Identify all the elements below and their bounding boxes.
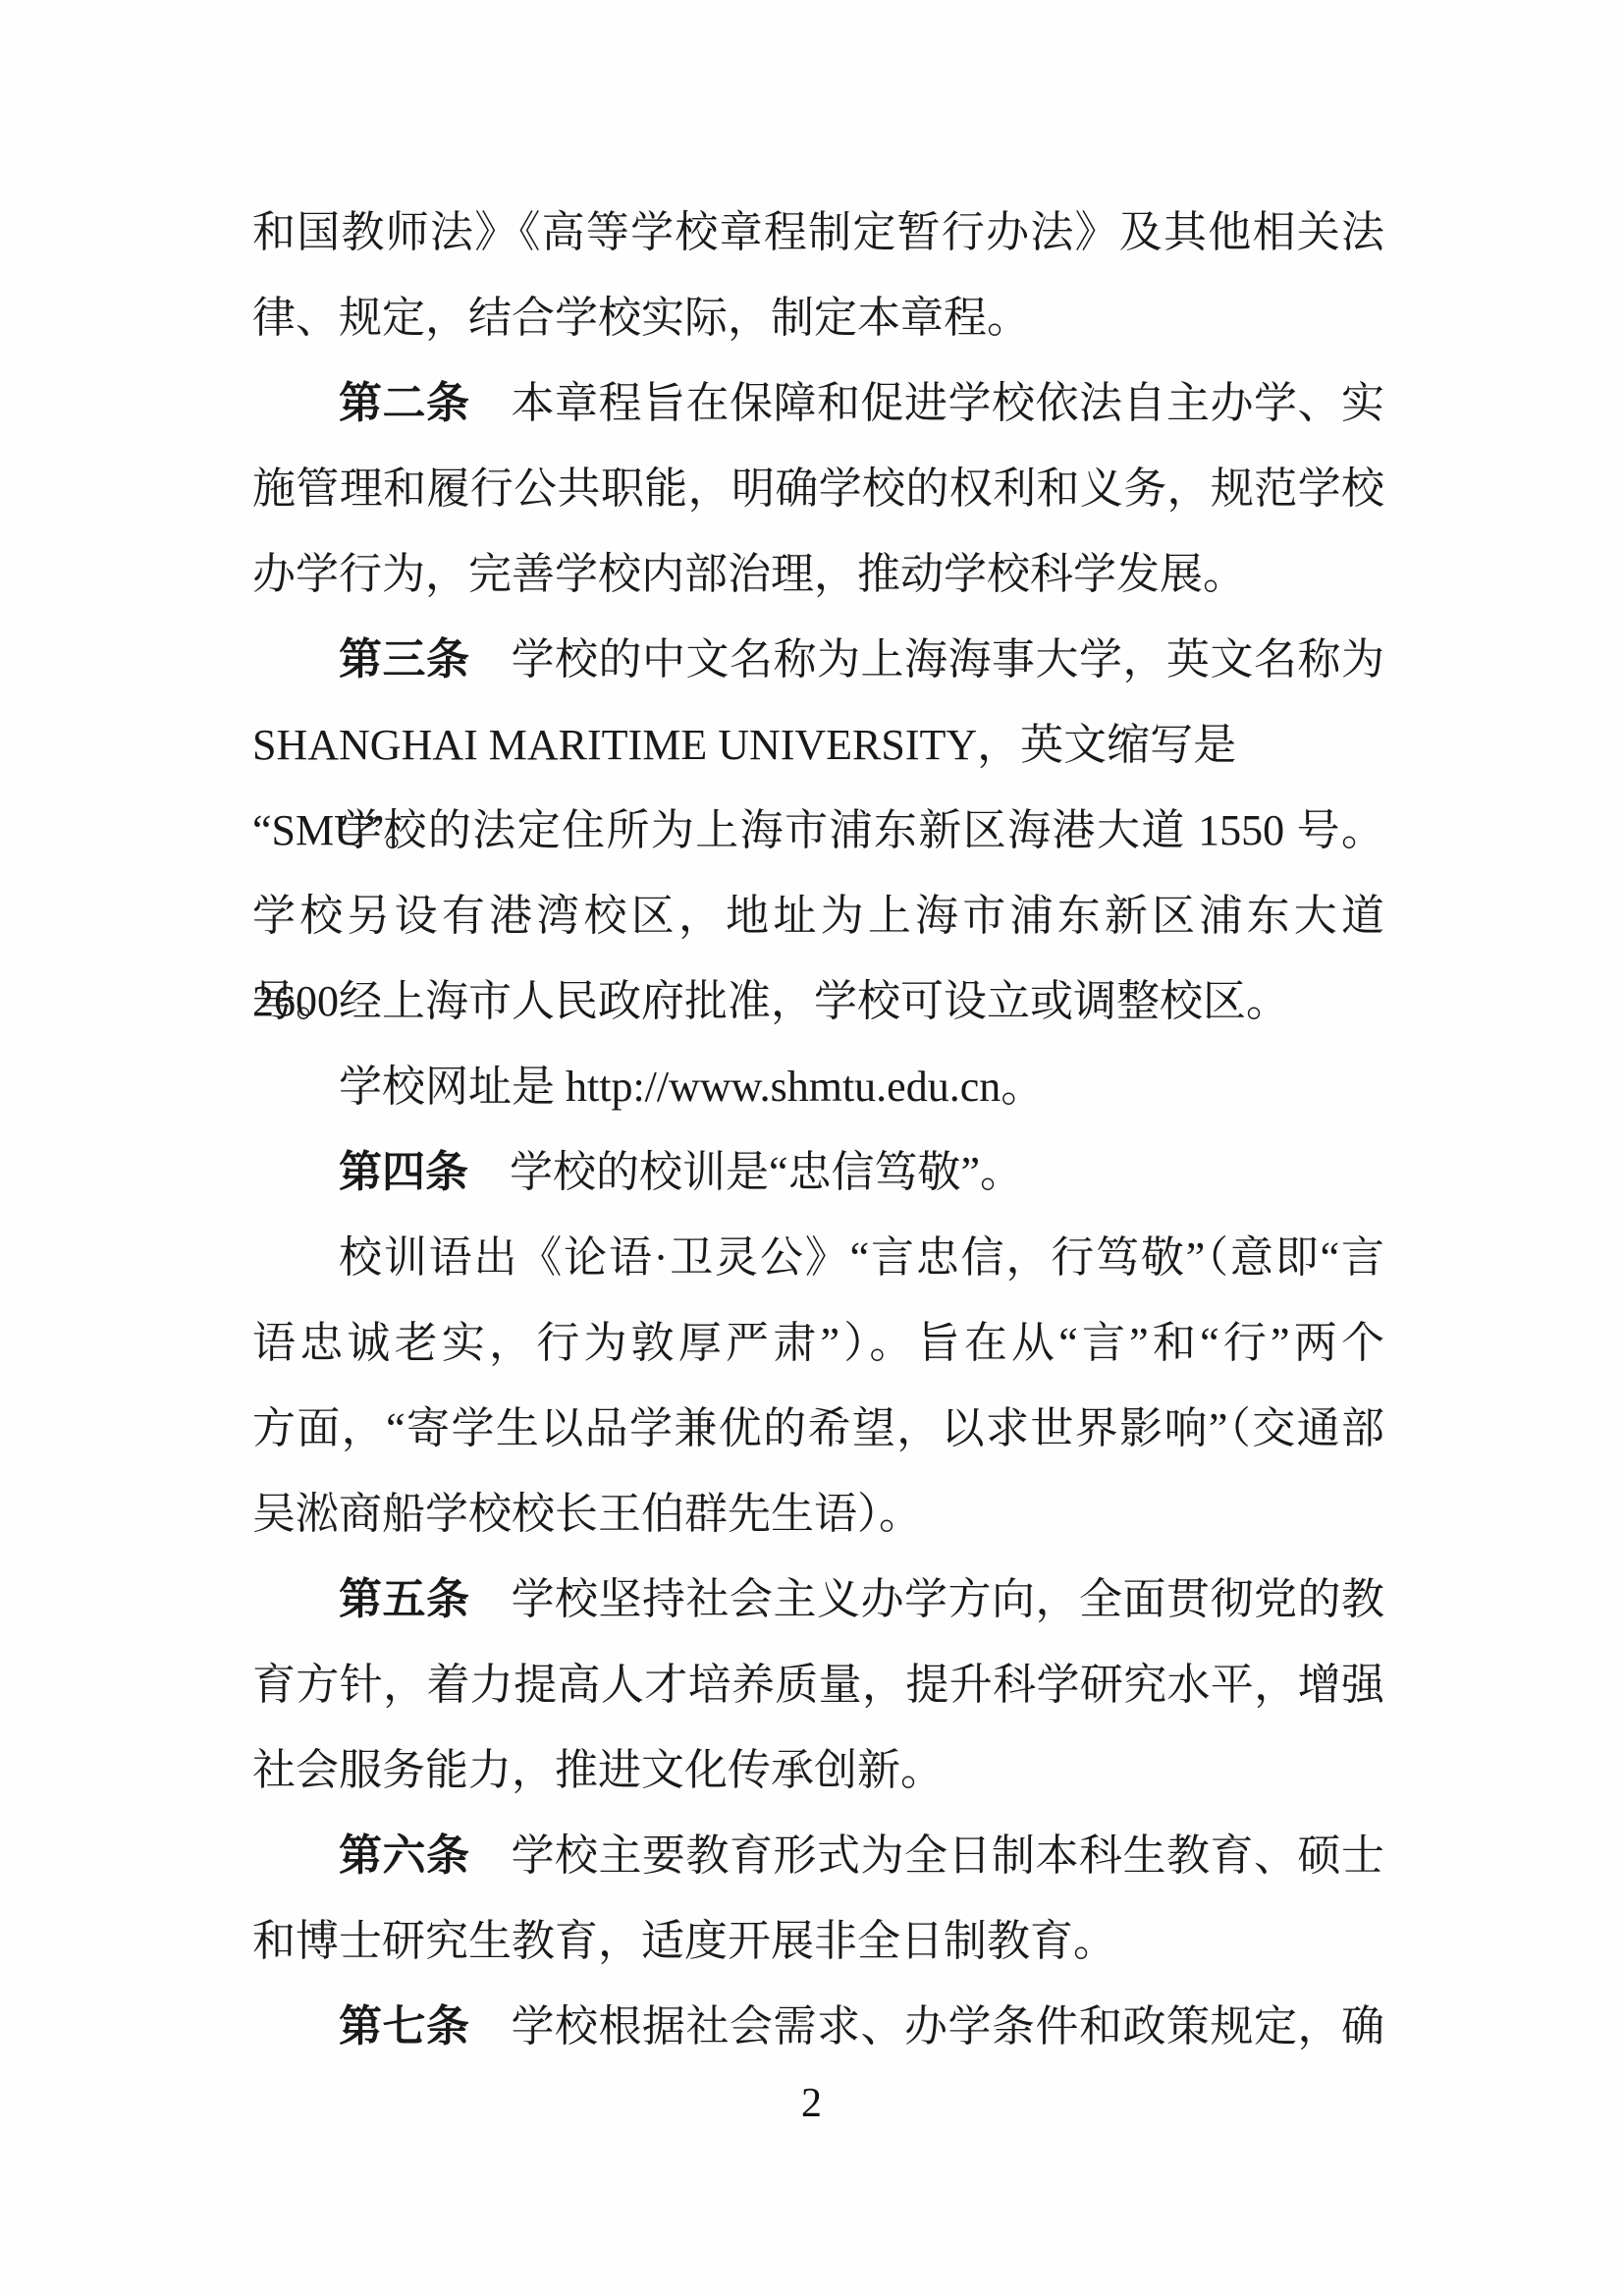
line-text: 施管理和履行公共职能，明确学校的权利和义务，规范学校 [252, 465, 1384, 513]
text-line: 社会服务能力，推进文化传承创新。 [252, 1727, 1384, 1813]
article-number-label: 第七条 [339, 2002, 470, 2050]
line-text: 吴淞商船学校校长王伯群先生语）。 [252, 1490, 922, 1538]
text-line-article-4: 第四条学校的校训是“忠信笃敬”。 [252, 1129, 1384, 1215]
text-line-article-2: 第二条本章程旨在保障和促进学校依法自主办学、实 [252, 360, 1384, 446]
text-line-website: 学校网址是 http://www.shmtu.edu.cn。 [252, 1044, 1384, 1129]
line-text: 办学行为，完善学校内部治理，推动学校科学发展。 [252, 550, 1246, 598]
text-line: 语忠诚老实，行为敦厚严肃”）。旨在从“言”和“行”两个 [252, 1300, 1384, 1386]
text-line: 和博士研究生教育，适度开展非全日制教育。 [252, 1898, 1384, 1984]
line-text: 学校的法定住所为上海市浦东新区海港大道 1550 号。 [339, 806, 1384, 854]
line-text: 学校根据社会需求、办学条件和政策规定，确 [512, 2002, 1385, 2050]
text-line: 育方针，着力提高人才培养质量，提升科学研究水平，增强 [252, 1642, 1384, 1727]
line-text: 学校坚持社会主义办学方向，全面贯彻党的教 [512, 1575, 1385, 1623]
text-line: 和国教师法》《高等学校章程制定暂行办法》及其他相关法 [252, 190, 1384, 275]
line-text: 学校网址是 http://www.shmtu.edu.cn。 [339, 1063, 1044, 1111]
text-line-article-7: 第七条学校根据社会需求、办学条件和政策规定，确 [252, 1984, 1384, 2069]
article-number-label: 第三条 [339, 635, 470, 683]
text-line: 学校的法定住所为上海市浦东新区海港大道 1550 号。 [252, 788, 1384, 873]
line-text: 学校的校训是“忠信笃敬”。 [510, 1148, 1023, 1196]
text-line-english-name: SHANGHAI MARITIME UNIVERSITY，英文缩写是“SMU”。 [252, 702, 1384, 788]
article-number-label: 第五条 [339, 1575, 470, 1623]
article-number-label: 第二条 [339, 379, 470, 427]
text-line: 方面，“寄学生以品学兼优的希望，以求世界影响”（交通部 [252, 1386, 1384, 1471]
line-text: 语忠诚老实，行为敦厚严肃”）。旨在从“言”和“行”两个 [252, 1319, 1384, 1367]
article-number-label: 第四条 [339, 1148, 468, 1196]
line-text: 号。经上海市人民政府批准，学校可设立或调整校区。 [252, 977, 1289, 1025]
text-line: 吴淞商船学校校长王伯群先生语）。 [252, 1471, 1384, 1557]
page-number: 2 [0, 2078, 1623, 2129]
line-text: 方面，“寄学生以品学兼优的希望，以求世界影响”（交通部 [252, 1404, 1384, 1452]
line-text: 学校的中文名称为上海海事大学，英文名称为 [512, 635, 1385, 683]
text-line: 学校另设有港湾校区，地址为上海市浦东新区浦东大道 2600 [252, 873, 1384, 958]
line-text: 本章程旨在保障和促进学校依法自主办学、实 [512, 379, 1385, 427]
line-text: 和国教师法》《高等学校章程制定暂行办法》及其他相关法 [252, 208, 1384, 256]
line-text: 育方针，着力提高人才培养质量，提升科学研究水平，增强 [252, 1661, 1384, 1709]
text-line-article-3: 第三条学校的中文名称为上海海事大学，英文名称为 [252, 617, 1384, 702]
line-text: 和博士研究生教育，适度开展非全日制教育。 [252, 1917, 1116, 1965]
text-line: 施管理和履行公共职能，明确学校的权利和义务，规范学校 [252, 446, 1384, 531]
text-line-article-6: 第六条学校主要教育形式为全日制本科生教育、硕士 [252, 1813, 1384, 1898]
line-text: 学校主要教育形式为全日制本科生教育、硕士 [512, 1831, 1385, 1880]
text-line: 校训语出《论语·卫灵公》“言忠信，行笃敬”（意即“言 [252, 1215, 1384, 1300]
text-line: 号。经上海市人民政府批准，学校可设立或调整校区。 [252, 958, 1384, 1044]
document-body: 和国教师法》《高等学校章程制定暂行办法》及其他相关法 律、规定，结合学校实际，制… [252, 190, 1384, 2069]
article-number-label: 第六条 [339, 1831, 470, 1880]
line-text: 校训语出《论语·卫灵公》“言忠信，行笃敬”（意即“言 [339, 1233, 1384, 1282]
line-text: 社会服务能力，推进文化传承创新。 [252, 1746, 944, 1794]
scanned-document-page: 和国教师法》《高等学校章程制定暂行办法》及其他相关法 律、规定，结合学校实际，制… [0, 0, 1623, 2296]
text-line: 办学行为，完善学校内部治理，推动学校科学发展。 [252, 531, 1384, 617]
text-line-article-5: 第五条学校坚持社会主义办学方向，全面贯彻党的教 [252, 1557, 1384, 1642]
line-text: 律、规定，结合学校实际，制定本章程。 [252, 294, 1030, 342]
text-line: 律、规定，结合学校实际，制定本章程。 [252, 275, 1384, 360]
